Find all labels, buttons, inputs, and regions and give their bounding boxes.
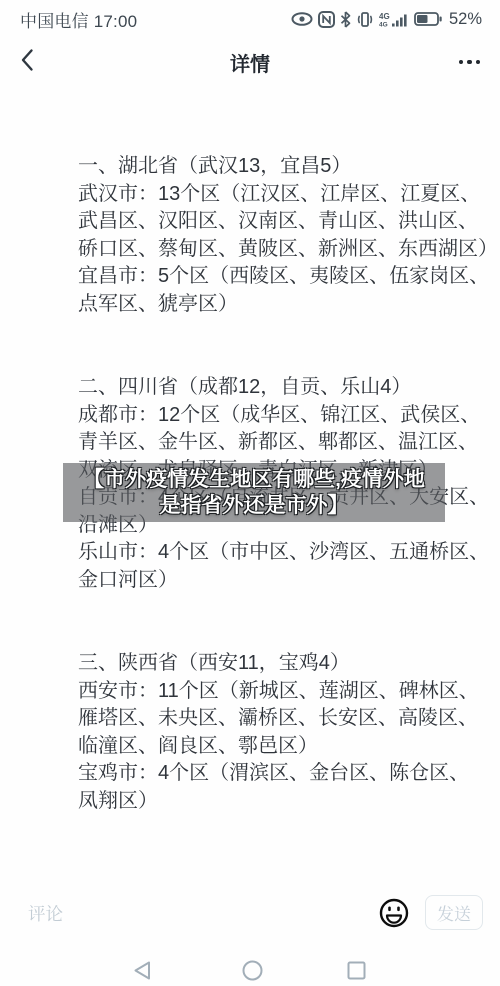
text-line: 成都市：12个区（成华区、锦江区、武侯区、 (78, 402, 480, 430)
nfc-icon (318, 11, 335, 28)
emoji-smile-icon (378, 916, 410, 933)
text-line: 三、陕西省（西安11，宝鸡4） (78, 650, 480, 678)
status-icons: 4G 4G 52% (291, 10, 482, 29)
text-section: 三、陕西省（西安11，宝鸡4）西安市：11个区（新城区、莲湖区、碑林区、雁塔区、… (78, 650, 480, 815)
back-button[interactable] (20, 48, 34, 77)
battery-icon (414, 12, 442, 26)
text-line: 乐山市：4个区（市中区、沙湾区、五通桥区、 (78, 539, 480, 567)
comment-input[interactable]: 评论 (28, 901, 63, 926)
text-section: 一、湖北省（武汉13，宜昌5）武汉市：13个区（江汉区、江岸区、江夏区、武昌区、… (78, 153, 480, 318)
send-button[interactable]: 发送 (425, 895, 483, 930)
text-line: 武昌区、汉阳区、汉南区、青山区、洪山区、 (78, 208, 480, 236)
text-line: 西安市：11个区（新城区、莲湖区、碑林区、 (78, 678, 480, 706)
caption-line-2: 是指省外还是市外】 (160, 493, 349, 519)
caption-overlay: 【市外疫情发生地区有哪些,疫情外地 是指省外还是市外】 (63, 463, 445, 522)
text-line: 临潼区、阎良区、鄠邑区） (78, 733, 480, 761)
text-line: 武汉市：13个区（江汉区、江岸区、江夏区、 (78, 181, 480, 209)
text-line: 青羊区、金牛区、新都区、郫都区、温江区、 (78, 429, 480, 457)
carrier-time-label: 中国电信 17:00 (20, 7, 137, 32)
page-title: 详情 (0, 48, 500, 77)
text-line: 硚口区、蔡甸区、黄陂区、新洲区、东西湖区） (78, 236, 480, 264)
emoji-button[interactable] (378, 897, 410, 934)
battery-percent-label: 52% (449, 10, 482, 29)
phone-screen: { "status_bar": { "carrier_time": "中国电信 … (0, 0, 500, 986)
text-line: 金口河区） (78, 567, 480, 595)
text-line: 二、四川省（成都12，自贡、乐山4） (78, 374, 480, 402)
android-navigation-bar (0, 944, 500, 986)
send-button-label: 发送 (437, 900, 471, 925)
text-line: 雁塔区、未央区、灞桥区、长安区、高陵区、 (78, 705, 480, 733)
signal-4g-icon: 4G 4G (379, 11, 409, 28)
more-dots-icon (459, 60, 481, 65)
text-line: 宜昌市：5个区（西陵区、夷陵区、伍家岗区、 (78, 263, 480, 291)
bluetooth-icon (340, 11, 351, 28)
text-line: 宝鸡市：4个区（渭滨区、金台区、陈仓区、 (78, 760, 480, 788)
caption-line-1: 【市外疫情发生地区有哪些,疫情外地 (83, 467, 425, 493)
svg-text:4G: 4G (379, 12, 390, 21)
text-line: 凤翔区） (78, 788, 480, 816)
status-bar: 中国电信 17:00 (0, 0, 500, 34)
svg-text:4G: 4G (379, 21, 388, 28)
more-button[interactable] (459, 60, 481, 65)
vibrate-icon (356, 11, 374, 28)
text-line: 点军区、猇亭区） (78, 291, 480, 319)
back-chevron-icon (20, 48, 34, 77)
eye-icon (291, 12, 313, 26)
article-content: 一、湖北省（武汉13，宜昌5）武汉市：13个区（江汉区、江岸区、江夏区、武昌区、… (0, 90, 500, 815)
nav-bar: 详情 (0, 34, 500, 90)
text-line: 一、湖北省（武汉13，宜昌5） (78, 153, 480, 181)
comment-bar: 评论 发送 (0, 888, 500, 938)
